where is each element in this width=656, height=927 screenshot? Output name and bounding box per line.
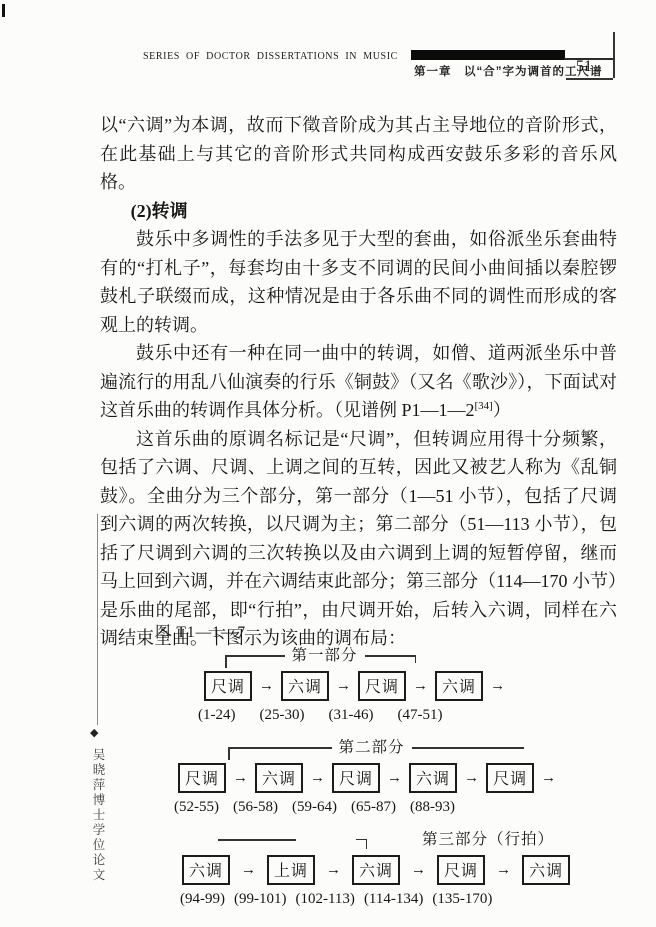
body-text: 以“六调”为本调，故而下徵音阶成为其占主导地位的音阶形式，在此基础上与其它的音阶… (100, 111, 617, 653)
tone-box: 六调 (522, 855, 570, 885)
sidebar-vertical-title: 吴晓萍博士学位论文 (89, 748, 107, 883)
paragraph: 鼓乐中还有一种在同一曲中的转调，如僧、道两派坐乐中普遍流行的用乱八仙演奏的行乐《… (100, 339, 617, 425)
measure-range: (102-113) (296, 891, 355, 908)
tone-box: 尺调 (332, 763, 380, 793)
arrow-icon: → (329, 678, 358, 695)
section-1-label: 第一部分 (285, 645, 365, 666)
page-number: 51 (576, 58, 592, 76)
scanned-dissertation-page: SERIES OF DOCTOR DISSERTATIONS IN MUSIC … (0, 0, 656, 927)
series-title: SERIES OF DOCTOR DISSERTATIONS IN MUSIC (143, 51, 398, 62)
tone-box: 尺调 (437, 855, 485, 885)
diamond-icon: ◆ (90, 726, 98, 739)
measure-range: (56-58) (233, 799, 278, 816)
section-2-bracket: 第二部分 (228, 737, 622, 760)
measure-range: (88-93) (410, 799, 455, 816)
bracket-line (218, 839, 296, 841)
bracket-tick (228, 747, 230, 760)
measure-range: (59-64) (292, 799, 337, 816)
arrow-icon: → (315, 862, 352, 879)
header-vertical-rule (613, 32, 615, 78)
paragraph: 鼓乐中多调性的手法多见于大型的套曲，如俗派坐乐套曲特有的“打札子”，每套均由十多… (100, 225, 617, 339)
bracket-corner (356, 839, 367, 849)
measure-range: (65-87) (351, 799, 396, 816)
measure-range: (1-24) (198, 707, 236, 724)
tone-box: 上调 (267, 855, 315, 885)
tone-box: 六调 (435, 671, 483, 701)
bracket-line (412, 747, 524, 749)
section-1-measure-ranges: (1-24) (25-30) (31-46) (47-51) (198, 707, 622, 724)
diagram-section-3: 第三部分（行拍） 六调 → 上调 → 六调 → 尺调 → 六调 (94-99) … (172, 829, 622, 908)
section-1-bracket: 第一部分 (225, 645, 622, 668)
section-3-measure-ranges: (94-99) (99-101) (102-113) (114-134) (13… (180, 891, 622, 908)
tone-box: 尺调 (204, 671, 252, 701)
measure-range: (99-101) (234, 891, 287, 908)
paragraph: 这首乐曲的原调名标记是“尺调”，但转调应用得十分频繁，包括了六调、尺调、上调之间… (100, 425, 617, 653)
paragraph: 以“六调”为本调，故而下徵音阶成为其占主导地位的音阶形式，在此基础上与其它的音阶… (100, 111, 617, 197)
measure-range: (52-55) (174, 799, 219, 816)
left-margin-rule (97, 514, 98, 725)
arrow-icon: → (483, 678, 512, 695)
section-3-bracket: 第三部分（行拍） (218, 829, 622, 852)
tone-box: 六调 (255, 763, 303, 793)
subsection-heading: (2)转调 (100, 197, 617, 226)
bracket-line (230, 747, 332, 749)
spacer (367, 829, 415, 830)
arrow-icon: → (400, 862, 437, 879)
tone-box: 六调 (352, 855, 400, 885)
arrow-icon: → (252, 678, 281, 695)
arrow-icon: → (230, 862, 267, 879)
tone-box: 六调 (182, 855, 230, 885)
arrow-icon: → (406, 678, 435, 695)
tone-box: 尺调 (358, 671, 406, 701)
tone-box: 尺调 (486, 763, 534, 793)
measure-range: (135-170) (432, 891, 492, 908)
figure-label: 图 T1—1—7 (155, 620, 246, 642)
paragraph-text: ） (493, 400, 511, 420)
tone-box: 六调 (281, 671, 329, 701)
arrow-icon: → (380, 770, 409, 787)
arrow-icon: → (303, 770, 332, 787)
section-3-label: 第三部分（行拍） (415, 829, 561, 850)
tone-box: 尺调 (178, 763, 226, 793)
citation-superscript: [34] (475, 400, 493, 412)
arrow-icon: → (485, 862, 522, 879)
tone-box: 六调 (409, 763, 457, 793)
section-2-label: 第二部分 (332, 737, 412, 758)
section-3-boxes: 六调 → 上调 → 六调 → 尺调 → 六调 (182, 855, 622, 885)
diagram-section-1: 第一部分 尺调 → 六调 → 尺调 → 六调 → (1-24) (25-30) … (172, 645, 622, 724)
measure-range: (94-99) (180, 891, 225, 908)
spacer (296, 829, 356, 830)
bracket-tick (225, 655, 227, 668)
corner-mark (2, 4, 5, 17)
bracket-tick (415, 655, 417, 663)
header-black-bar (411, 50, 565, 60)
measure-range: (31-46) (329, 707, 374, 724)
diagram-section-2: 第二部分 尺调 → 六调 → 尺调 → 六调 → 尺调 → (52-55) (5… (172, 737, 622, 816)
arrow-icon: → (534, 770, 563, 787)
arrow-icon: → (226, 770, 255, 787)
measure-range: (114-134) (364, 891, 423, 908)
paragraph-text: 鼓乐中还有一种在同一曲中的转调，如僧、道两派坐乐中普遍流行的用乱八仙演奏的行乐《… (100, 343, 617, 420)
bracket-line (365, 655, 415, 657)
chapter-title: 第一章 以“合”字为调首的工尺谱 (414, 63, 603, 79)
section-2-measure-ranges: (52-55) (56-58) (59-64) (65-87) (88-93) (174, 799, 622, 816)
modulation-diagram: 第一部分 尺调 → 六调 → 尺调 → 六调 → (1-24) (25-30) … (172, 645, 622, 921)
page-number-underline (566, 78, 613, 80)
arrow-icon: → (457, 770, 486, 787)
section-2-boxes: 尺调 → 六调 → 尺调 → 六调 → 尺调 → (178, 763, 622, 793)
measure-range: (47-51) (398, 707, 443, 724)
bracket-line (227, 655, 285, 657)
section-1-boxes: 尺调 → 六调 → 尺调 → 六调 → (204, 671, 622, 701)
measure-range: (25-30) (260, 707, 305, 724)
